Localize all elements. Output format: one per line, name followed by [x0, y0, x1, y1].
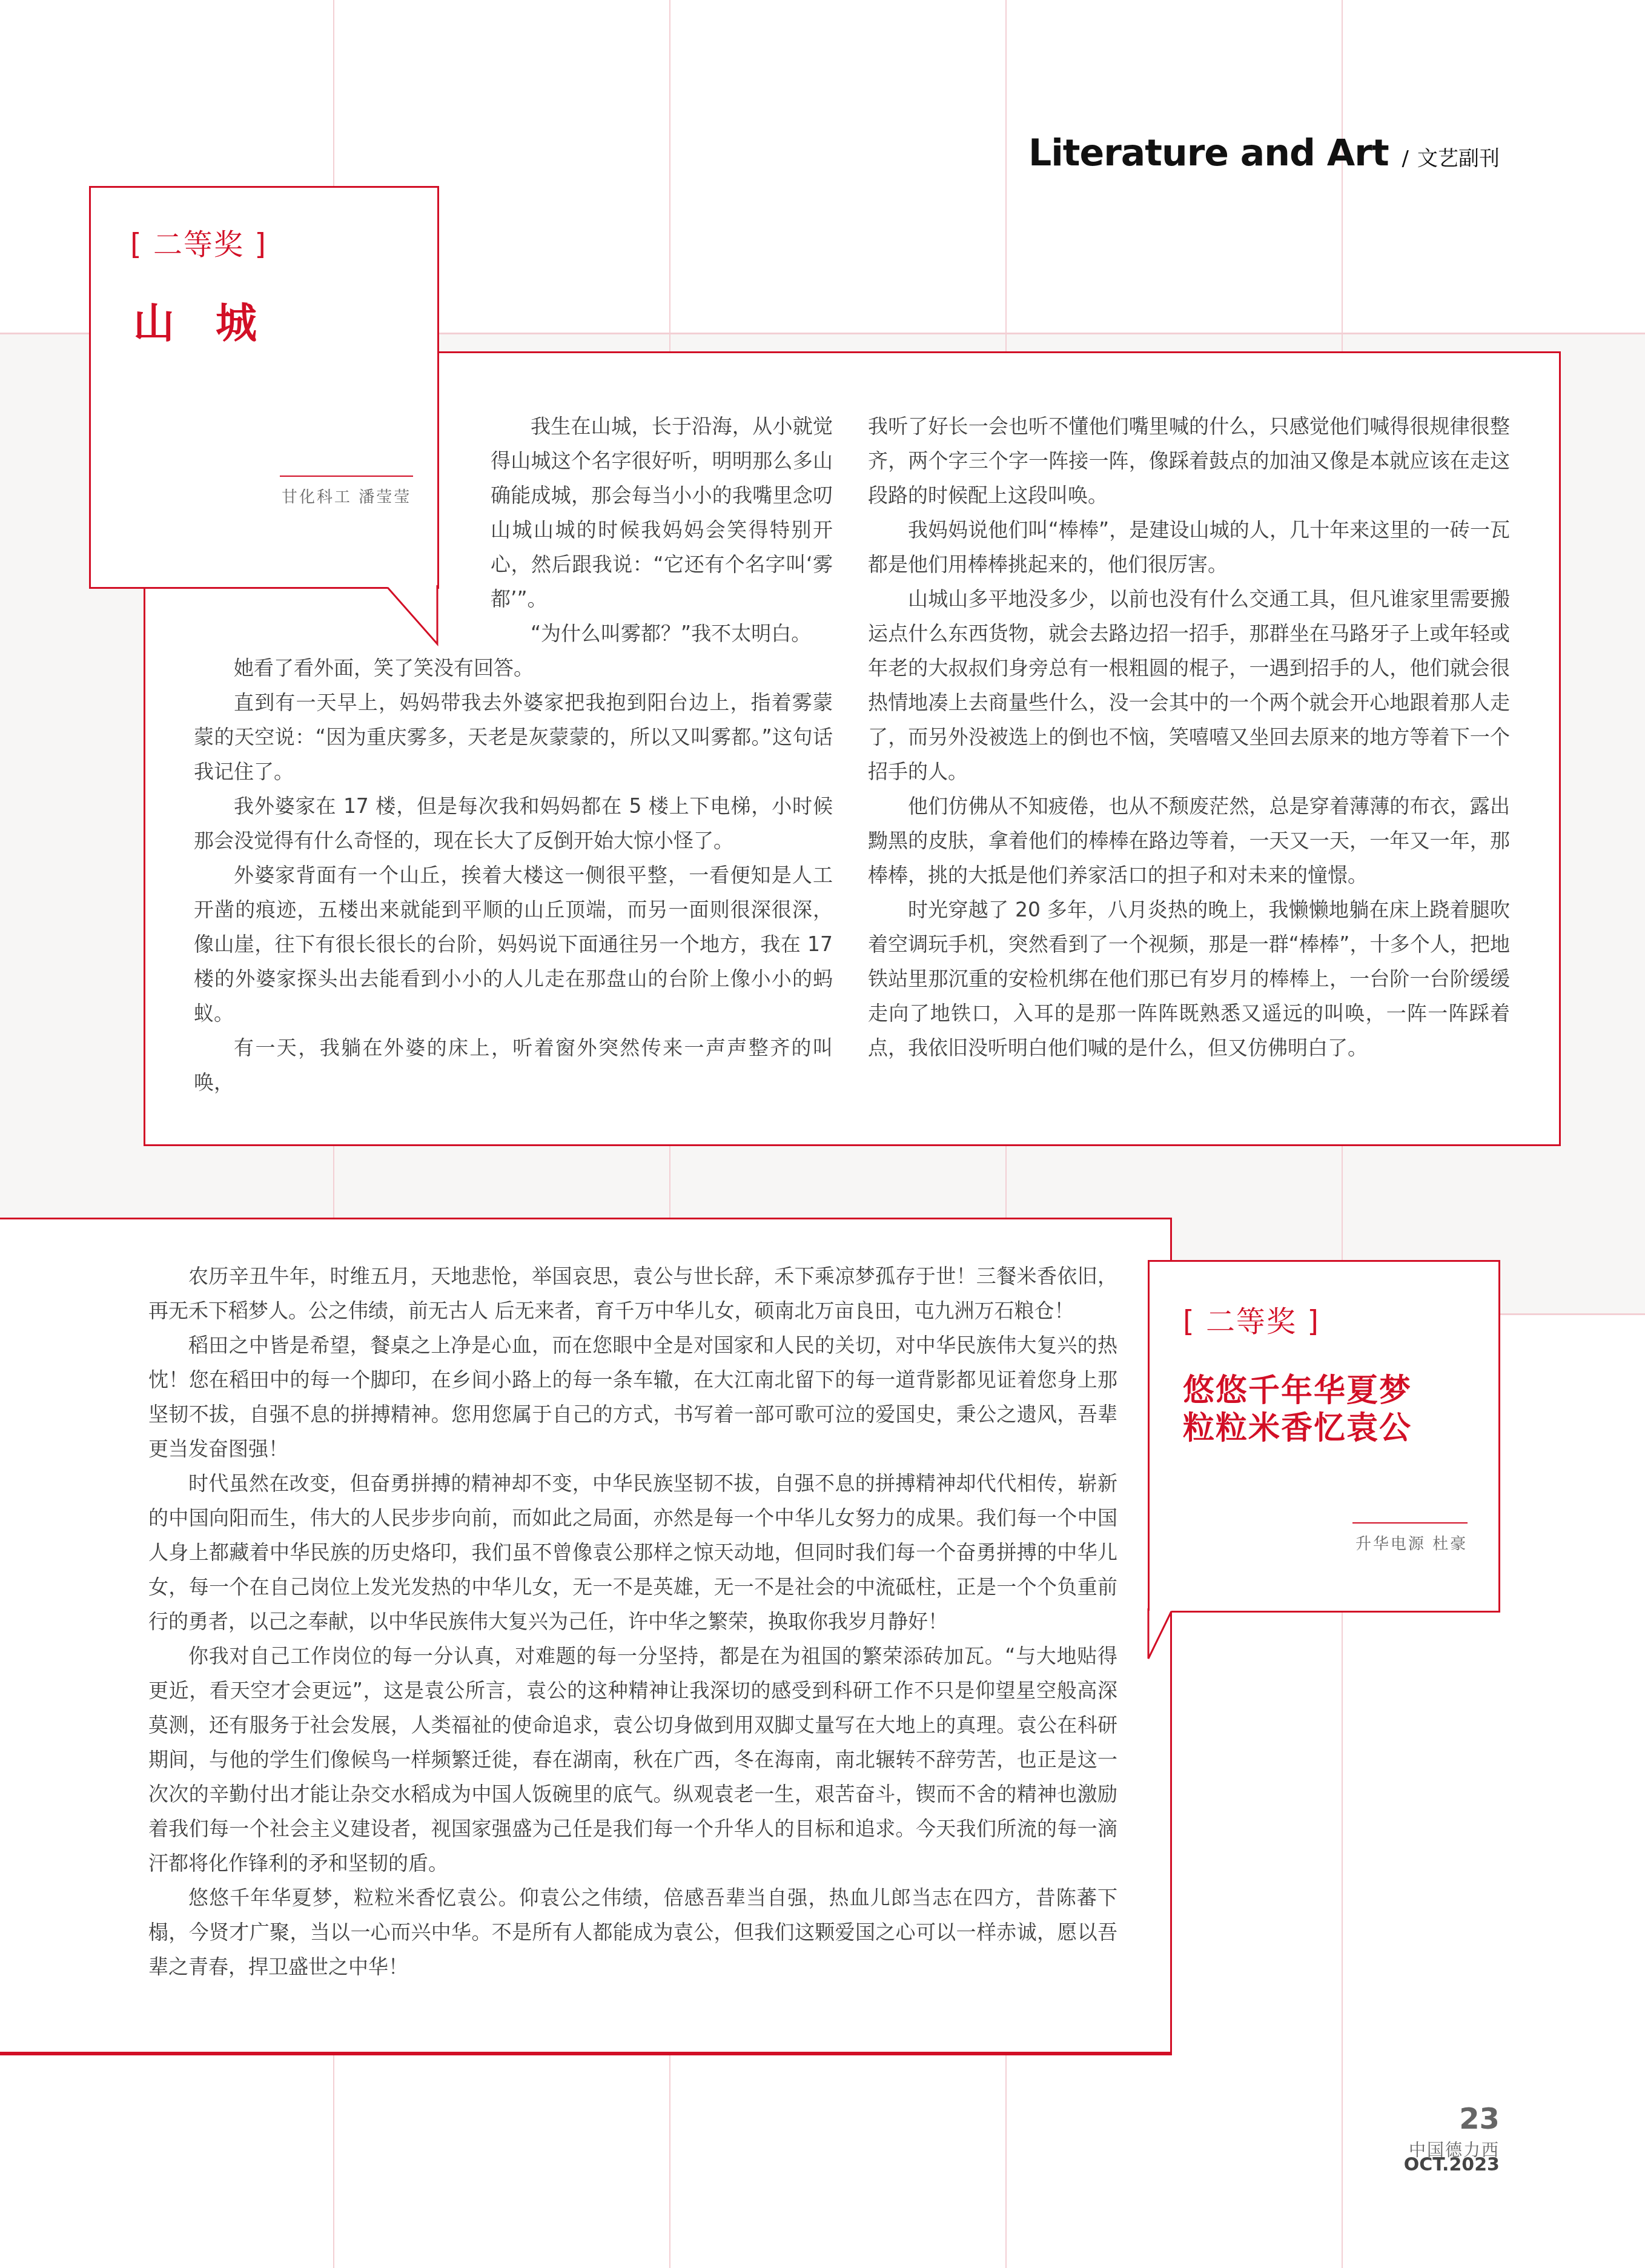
paragraph: 山城山多平地没多少，以前也没有什么交通工具，但凡谁家里需要搬运点什么东西货物，就…: [868, 582, 1510, 789]
paragraph: 你我对自己工作岗位的每一分认真，对难题的每一分坚持，都是在为祖国的繁荣添砖加瓦。…: [148, 1639, 1117, 1880]
article-title-line2: 粒粒米香忆袁公: [1183, 1402, 1412, 1448]
paragraph: 直到有一天早上，妈妈带我去外婆家把我抱到阳台边上，指着雾蒙蒙的天空说：“因为重庆…: [194, 685, 833, 789]
paragraph: 她看了看外面，笑了笑没有回答。: [194, 651, 833, 685]
article2-body: 农历辛丑牛年，时维五月，天地悲怆，举国哀思，袁公与世长辞，禾下乘凉梦孤存于世！三…: [0, 1218, 1172, 2055]
section-title-cn: 文艺副刊: [1417, 142, 1500, 171]
section-header: Literature and Art / 文艺副刊: [1028, 132, 1500, 174]
paragraph: “为什么叫雾都？”我不太明白。: [491, 616, 833, 651]
paragraph: 我外婆家在 17 楼，但是每次我和妈妈都在 5 楼上下电梯，小时候那会没觉得有什…: [194, 789, 833, 858]
issue-date: OCT.2023: [1404, 2154, 1500, 2175]
section-separator: /: [1402, 147, 1409, 171]
byline-rule: [280, 476, 413, 477]
paragraph: 我生在山城，长于沿海，从小就觉得山城这个名字很好听，明明那么多山确能成城，那会每…: [491, 409, 833, 616]
paragraph: 我妈妈说他们叫“棒棒”，是建设山城的人，几十年来这里的一砖一瓦都是他们用棒棒挑起…: [868, 512, 1510, 582]
award-label: [ 二等奖 ]: [130, 221, 267, 263]
paragraph: 悠悠千年华夏梦，粒粒米香忆袁公。仰袁公之伟绩，倍感吾辈当自强，热血儿郎当志在四方…: [148, 1880, 1117, 1984]
paragraph: 稻田之中皆是希望，餐桌之上净是心血，而在您眼中全是对国家和人民的关切，对中华民族…: [148, 1328, 1117, 1466]
article1-right-column: 我听了好长一会也听不懂他们嘴里喊的什么，只感觉他们喊得很规律很整齐，两个字三个字…: [868, 409, 1510, 1065]
paragraph: 时代虽然在改变，但奋勇拼搏的精神却不变，中华民族坚韧不拔，自强不息的拼搏精神却代…: [148, 1466, 1117, 1639]
paragraph: 外婆家背面有一个山丘，挨着大楼这一侧很平整，一看便知是人工开凿的痕迹，五楼出来就…: [194, 858, 833, 1030]
award-label: [ 二等奖 ]: [1183, 1298, 1320, 1340]
article2-title-card: [ 二等奖 ] 悠悠千年华夏梦 粒粒米香忆袁公 升华电源 杜豪: [1148, 1260, 1500, 1613]
section-title-en: Literature and Art: [1028, 132, 1389, 174]
paragraph: 我听了好长一会也听不懂他们嘴里喊的什么，只感觉他们喊得很规律很整齐，两个字三个字…: [868, 409, 1510, 512]
article2-column: 农历辛丑牛年，时维五月，天地悲怆，举国哀思，袁公与世长辞，禾下乘凉梦孤存于世！三…: [148, 1259, 1117, 1984]
article1-title-card: [ 二等奖 ] 山 城 甘化科工 潘莹莹: [89, 186, 439, 589]
paragraph: 农历辛丑牛年，时维五月，天地悲怆，举国哀思，袁公与世长辞，禾下乘凉梦孤存于世！三…: [148, 1259, 1117, 1328]
paragraph: 他们仿佛从不知疲倦，也从不颓废茫然，总是穿着薄薄的布衣，露出黝黑的皮肤，拿着他们…: [868, 789, 1510, 892]
article1-left-column: 她看了看外面，笑了笑没有回答。 直到有一天早上，妈妈带我去外婆家把我抱到阳台边上…: [194, 651, 833, 1099]
paragraph: 时光穿越了 20 多年，八月炎热的晚上，我懒懒地躺在床上跷着腿吹着空调玩手机，突…: [868, 892, 1510, 1065]
page-number: 23: [1459, 2102, 1500, 2136]
paragraph: 有一天，我躺在外婆的床上，听着窗外突然传来一声声整齐的叫唤，: [194, 1030, 833, 1099]
article-title: 山 城: [133, 291, 257, 350]
byline-rule: [1352, 1522, 1468, 1524]
byline: 升华电源 杜豪: [1355, 1531, 1468, 1554]
article1-intro: 我生在山城，长于沿海，从小就觉得山城这个名字很好听，明明那么多山确能成城，那会每…: [491, 409, 833, 651]
byline: 甘化科工 潘莹莹: [282, 485, 411, 507]
